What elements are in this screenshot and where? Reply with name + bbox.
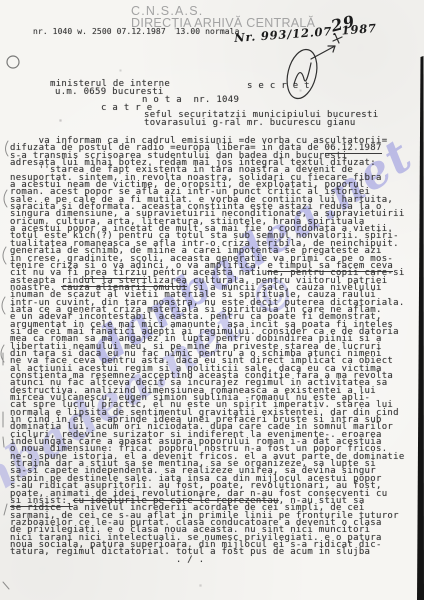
punch-hole-mark	[7, 56, 19, 68]
paraph-signature	[282, 34, 342, 102]
scan-edge-shadow	[417, 56, 424, 600]
paper-speckles	[0, 0, 1, 1]
scanned-document-page: danbadea.net © danbadea.net © C.N.S.A.S.…	[0, 0, 424, 600]
margin-pencil-marks	[1, 141, 9, 589]
document-body: va informam ca in cadrul emisiunii =de v…	[10, 138, 418, 564]
classification-label: s e c r e t	[247, 83, 310, 90]
telegram-meta-line: nr. 1040 w. 2500 07.12.1987 13.00 normal…	[33, 28, 240, 35]
recipient-line2: tovarasului g-ral mr. bucurescu gianu	[144, 120, 356, 127]
document-title: n o t a nr. 1049	[142, 97, 239, 104]
body-line: . / .	[10, 557, 418, 564]
archive-stamp-header: C.N.S.A.S. DIRECȚIA ARHIVĂ CENTRALĂ	[131, 5, 315, 29]
